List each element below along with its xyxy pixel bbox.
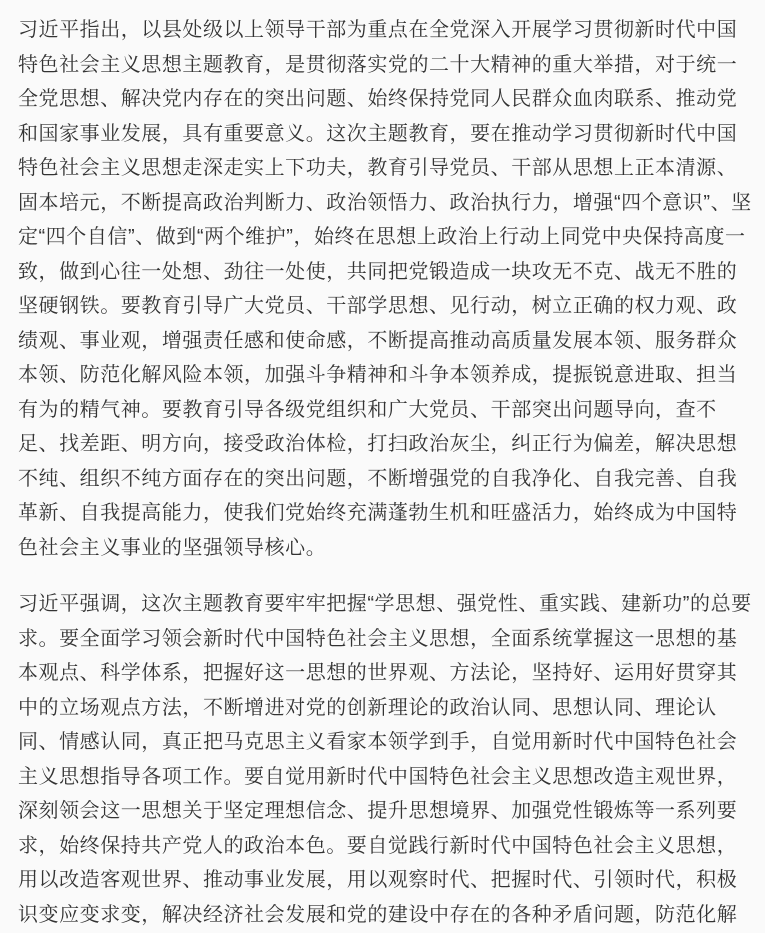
text-line: 坚硬钢铁。要教育引导广大党员、干部学思想、见行动，树立正确的权力观、政 xyxy=(18,289,748,324)
text-line: 同、情感认同，真正把马克思主义看家本领学到手，自觉用新时代中国特色社会 xyxy=(18,725,748,760)
text-line: 固本培元，不断提高政治判断力、政治领悟力、政治执行力，增强“四个意识”、坚 xyxy=(18,186,748,221)
paragraph-2: 习近平强调，这次主题教育要牢牢把握“学思想、强党性、重实践、建新功”的总要求。要… xyxy=(18,587,748,932)
text-line: 本观点、科学体系，把握好这一思想的世界观、方法论，坚持好、运用好贯穿其 xyxy=(18,656,748,691)
text-line: 不纯、组织不纯方面存在的突出问题，不断增强党的自我净化、自我完善、自我 xyxy=(18,462,748,497)
text-line: 主义思想指导各项工作。要自觉用新时代中国特色社会主义思想改造主观世界， xyxy=(18,760,748,795)
text-line: 全党思想、解决党内存在的突出问题、始终保持党同人民群众血肉联系、推动党 xyxy=(18,82,748,117)
article-body: 习近平指出，以县处级以上领导干部为重点在全党深入开展学习贯彻新时代中国特色社会主… xyxy=(0,0,765,933)
paragraph-1: 习近平指出，以县处级以上领导干部为重点在全党深入开展学习贯彻新时代中国特色社会主… xyxy=(18,13,748,565)
text-line: 革新、自我提高能力，使我们党始终充满蓬勃生机和旺盛活力，始终成为中国特 xyxy=(18,496,748,531)
text-line: 深刻领会这一思想关于坚定理想信念、提升思想境界、加强党性锻炼等一系列要 xyxy=(18,794,748,829)
text-line: 和国家事业发展，具有重要意义。这次主题教育，要在推动学习贯彻新时代中国 xyxy=(18,117,748,152)
text-line: 识变应变求变，解决经济社会发展和党的建设中存在的各种矛盾问题，防范化解 xyxy=(18,898,748,933)
text-line: 求。要全面学习领会新时代中国特色社会主义思想，全面系统掌握这一思想的基 xyxy=(18,622,748,657)
text-line: 求，始终保持共产党人的政治本色。要自觉践行新时代中国特色社会主义思想， xyxy=(18,829,748,864)
text-line: 特色社会主义思想主题教育，是贯彻落实党的二十大精神的重大举措，对于统一 xyxy=(18,48,748,83)
text-line: 本领、防范化解风险本领，加强斗争精神和斗争本领养成，提振锐意进取、担当 xyxy=(18,358,748,393)
text-line: 定“四个自信”、做到“两个维护”，始终在思想上政治上行动上同党中央保持高度一 xyxy=(18,220,748,255)
text-line: 习近平指出，以县处级以上领导干部为重点在全党深入开展学习贯彻新时代中国 xyxy=(18,13,748,48)
page-background: { "page": { "background_color": "#fafafa… xyxy=(0,0,765,933)
text-line: 有为的精气神。要教育引导各级党组织和广大党员、干部突出问题导向，查不 xyxy=(18,393,748,428)
text-line: 绩观、事业观，增强责任感和使命感，不断提高推动高质量发展本领、服务群众 xyxy=(18,324,748,359)
text-line: 足、找差距、明方向，接受政治体检，打扫政治灰尘，纠正行为偏差，解决思想 xyxy=(18,427,748,462)
text-line: 中的立场观点方法，不断增进对党的创新理论的政治认同、思想认同、理论认 xyxy=(18,691,748,726)
text-line: 特色社会主义思想走深走实上下功夫，教育引导党员、干部从思想上正本清源、 xyxy=(18,151,748,186)
text-line: 用以改造客观世界、推动事业发展，用以观察时代、把握时代、引领时代，积极 xyxy=(18,863,748,898)
text-line: 致，做到心往一处想、劲往一处使，共同把党锻造成一块攻无不克、战无不胜的 xyxy=(18,255,748,290)
text-line: 色社会主义事业的坚强领导核心。 xyxy=(18,531,748,566)
text-line: 习近平强调，这次主题教育要牢牢把握“学思想、强党性、重实践、建新功”的总要 xyxy=(18,587,748,622)
